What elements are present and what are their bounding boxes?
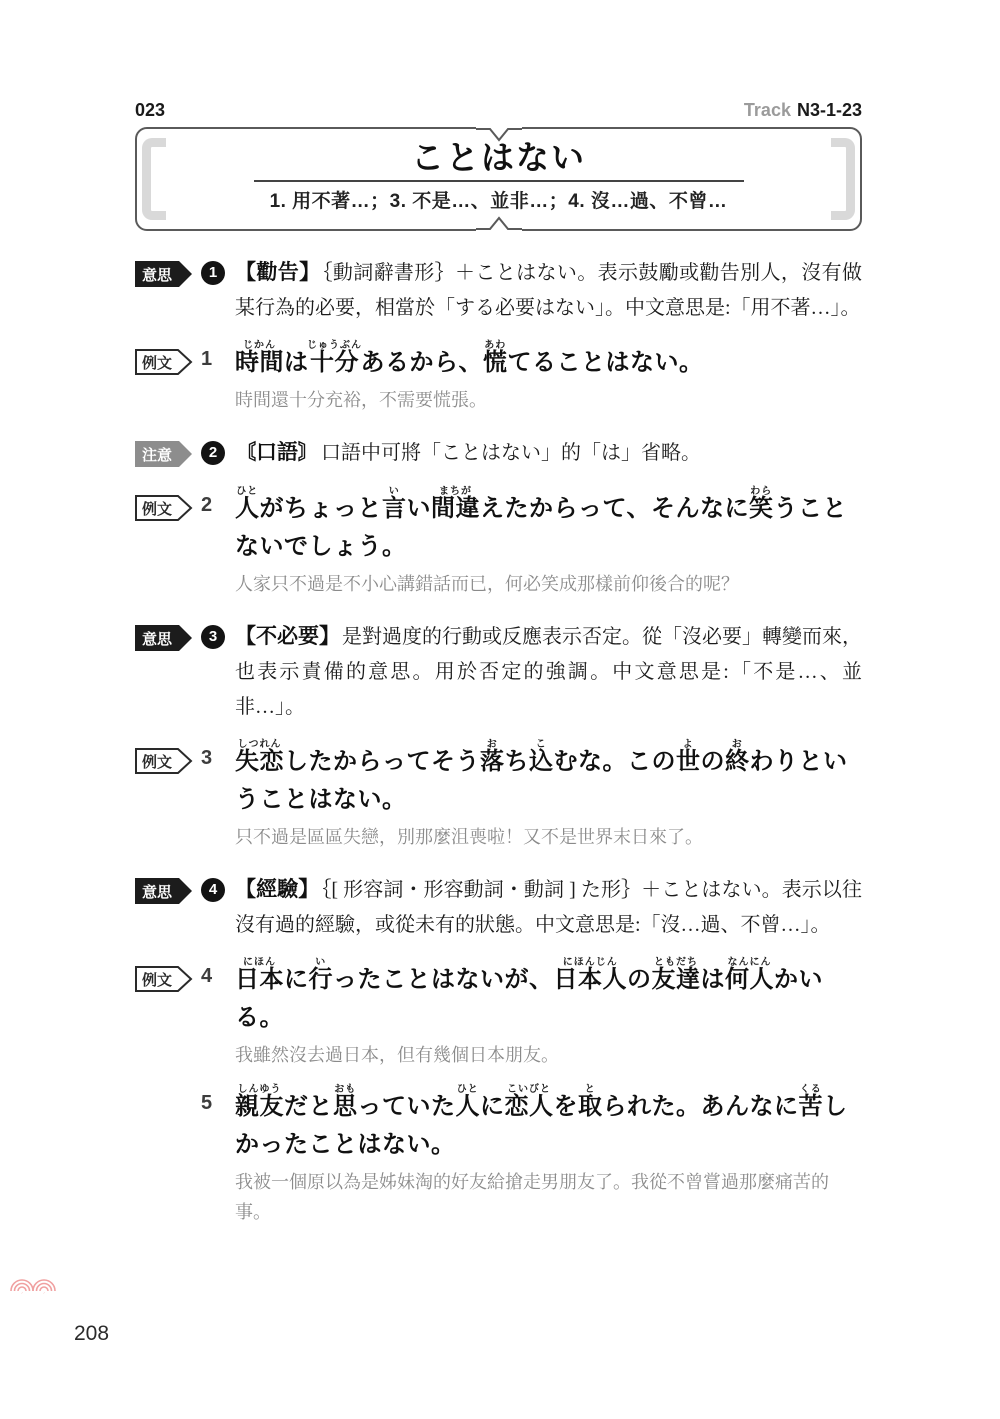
furigana: まちが xyxy=(431,486,480,497)
number-column: 2 xyxy=(201,435,235,465)
notch-down-icon xyxy=(476,127,522,142)
furigana: ひと xyxy=(235,486,260,497)
meaning-tag: 意思 xyxy=(135,878,193,904)
header-divider xyxy=(254,180,744,182)
tag-column: 意思 xyxy=(135,255,201,292)
ruby-segment: 思おも xyxy=(333,1094,358,1120)
ruby-segment: 十分じゅうぶん xyxy=(309,350,361,376)
chinese-translation: 時間還十分充裕，不需要慌張。 xyxy=(235,385,862,415)
example-tag: 例文 xyxy=(135,349,193,375)
example-tag: 例文 xyxy=(135,966,193,992)
furigana: よ xyxy=(676,739,701,750)
meaning-keyword: 【不必要】 xyxy=(235,625,340,648)
note-tag: 注意 xyxy=(135,441,193,467)
meaning-text: 〘口語〙口語中可將「ことはない」的「は」省略。 xyxy=(235,435,862,471)
textbook-page: 023 TrackN3-1-23 ことはない 1. 用不著…；3. 不是…、並非… xyxy=(0,0,1000,1419)
grammar-title: ことはない xyxy=(137,139,860,177)
track-label: Track xyxy=(744,100,791,120)
sections-container: 意思1【勸告】｛動詞辭書形｝＋ことはない。表示鼓勵或勸告別人，沒有做某行為的必要… xyxy=(135,255,862,1227)
furigana: お xyxy=(480,739,505,750)
meaning-text: 【不必要】是對過度的行動或反應表示否定。從「沒必要」轉變而來，也表示責備的意思。… xyxy=(235,619,862,725)
section-example-4: 例文4日本にほんに行いったことはないが、日本人にほんじんの友達ともだちは何人なん… xyxy=(135,949,862,1070)
tag-column: 例文 xyxy=(135,731,201,779)
ruby-segment: 行い xyxy=(309,967,334,993)
svg-text:♪: ♪ xyxy=(43,1291,45,1295)
svg-text:♪: ♪ xyxy=(21,1291,23,1295)
furigana: わら xyxy=(749,486,774,497)
chinese-translation: 人家只不過是不小心講錯話而已，何必笑成那樣前仰後合的呢？ xyxy=(235,569,862,599)
text-column: 〘口語〙口語中可將「ことはない」的「は」省略。 xyxy=(235,435,862,471)
furigana: い xyxy=(382,486,407,497)
ruby-segment: 終お xyxy=(725,749,750,775)
example-tag: 例文 xyxy=(135,748,193,774)
text-column: 時間じかんは十分じゅうぶんあるから、慌あわてることはない。時間還十分充裕，不需要… xyxy=(235,332,862,415)
page-number: 208 xyxy=(74,1322,109,1346)
example-number: 3 xyxy=(201,747,212,770)
number-column: 5 xyxy=(201,1076,235,1115)
chinese-translation: 我雖然沒去過日本，但有幾個日本朋友。 xyxy=(235,1040,862,1070)
text-column: 【經驗】｛[ 形容詞・形容動詞・動詞 ] た形｝＋ことはない。表示以往沒有過的經… xyxy=(235,872,862,943)
ruby-segment: 失恋しつれん xyxy=(235,749,284,775)
decorative-bracket-left xyxy=(142,138,166,220)
japanese-sentence: 人ひとがちょっと言いい間違まちがえたからって、そんなに笑わらうことないでしょう。 xyxy=(235,478,862,566)
number-column: 1 xyxy=(201,332,235,371)
meaning-keyword: 【勸告】 xyxy=(235,261,320,284)
furigana: なんにん xyxy=(725,957,774,968)
svg-text:注意: 注意 xyxy=(142,446,172,464)
number-column: 3 xyxy=(201,619,235,649)
ruby-segment: 間違まちが xyxy=(431,496,480,522)
furigana: にほん xyxy=(235,957,284,968)
ruby-segment: 人ひと xyxy=(235,496,260,522)
text-column: 失恋しつれんしたからってそう落おち込こむな。この世よの終おわりということはない。… xyxy=(235,731,862,852)
circled-number: 3 xyxy=(201,625,225,649)
double-rainbow-watermark-icon: ♪♪ xyxy=(9,1272,57,1294)
svg-text:例文: 例文 xyxy=(142,500,172,518)
number-column: 4 xyxy=(201,872,235,902)
japanese-sentence: 日本にほんに行いったことはないが、日本人にほんじんの友達ともだちは何人なんにんか… xyxy=(235,949,862,1037)
meaning-keyword: 〘口語〙 xyxy=(235,441,319,464)
tag-column: 意思 xyxy=(135,619,201,656)
number-column: 4 xyxy=(201,949,235,988)
section-example-1: 例文1時間じかんは十分じゅうぶんあるから、慌あわてることはない。時間還十分充裕，… xyxy=(135,332,862,415)
ruby-segment: 日本にほん xyxy=(235,967,284,993)
example-tag: 例文 xyxy=(135,495,193,521)
japanese-sentence: 親友しんゆうだと思おもっていた人ひとに恋人こいびとを取とられた。あんなに苦くるし… xyxy=(235,1076,862,1164)
ruby-segment: 時間じかん xyxy=(235,350,284,376)
ruby-segment: 込こ xyxy=(529,749,554,775)
ruby-segment: 取と xyxy=(578,1094,603,1120)
furigana: にほんじん xyxy=(554,957,628,968)
circled-number: 4 xyxy=(201,878,225,902)
ruby-segment: 言い xyxy=(382,496,407,522)
furigana: しつれん xyxy=(235,739,284,750)
track-number: N3-1-23 xyxy=(797,100,862,120)
example-number: 2 xyxy=(201,494,212,517)
section-example-3: 例文3失恋しつれんしたからってそう落おち込こむな。この世よの終おわりということは… xyxy=(135,731,862,852)
circled-number: 2 xyxy=(201,441,225,465)
japanese-sentence: 失恋しつれんしたからってそう落おち込こむな。この世よの終おわりということはない。 xyxy=(235,731,862,819)
furigana: こいびと xyxy=(505,1084,554,1095)
furigana: こ xyxy=(529,739,554,750)
furigana: あわ xyxy=(483,340,508,351)
example-number: 4 xyxy=(201,965,212,988)
furigana: と xyxy=(578,1084,603,1095)
page-top-row: 023 TrackN3-1-23 xyxy=(135,100,862,121)
chinese-translation: 我被一個原以為是姊妹淘的好友給搶走男朋友了。我從不曾嘗過那麼痛苦的事。 xyxy=(235,1167,862,1227)
ruby-segment: 人ひと xyxy=(456,1094,481,1120)
section-example-5: 5親友しんゆうだと思おもっていた人ひとに恋人こいびとを取とられた。あんなに苦くる… xyxy=(135,1076,862,1227)
grammar-header-box: ことはない 1. 用不著…；3. 不是…、並非…；4. 沒…過、不曾… xyxy=(135,127,862,231)
text-column: 【不必要】是對過度的行動或反應表示否定。從「沒必要」轉變而來，也表示責備的意思。… xyxy=(235,619,862,725)
meaning-keyword: 【經驗】 xyxy=(235,878,319,901)
furigana: ひと xyxy=(456,1084,481,1095)
grammar-subtitle: 1. 用不著…；3. 不是…、並非…；4. 沒…過、不曾… xyxy=(137,186,860,213)
ruby-segment: 親友しんゆう xyxy=(235,1094,284,1120)
ruby-segment: 何人なんにん xyxy=(725,967,774,993)
section-meaning-1: 意思1【勸告】｛動詞辭書形｝＋ことはない。表示鼓勵或勸告別人，沒有做某行為的必要… xyxy=(135,255,862,326)
ruby-segment: 苦くる xyxy=(799,1094,824,1120)
furigana: おも xyxy=(333,1084,358,1095)
svg-text:例文: 例文 xyxy=(142,971,172,989)
notch-up-icon xyxy=(476,216,522,231)
ruby-segment: 日本人にほんじん xyxy=(554,967,628,993)
ruby-segment: 恋人こいびと xyxy=(505,1094,554,1120)
furigana: ともだち xyxy=(652,957,701,968)
text-column: 親友しんゆうだと思おもっていた人ひとに恋人こいびとを取とられた。あんなに苦くるし… xyxy=(235,1076,862,1227)
ruby-segment: 笑わら xyxy=(749,496,774,522)
number-column: 2 xyxy=(201,478,235,517)
meaning-text: 【經驗】｛[ 形容詞・形容動詞・動詞 ] た形｝＋ことはない。表示以往沒有過的經… xyxy=(235,872,862,943)
meaning-tag: 意思 xyxy=(135,625,193,651)
decorative-bracket-right xyxy=(831,138,855,220)
section-meaning-3: 意思3【不必要】是對過度的行動或反應表示否定。從「沒必要」轉變而來，也表示責備的… xyxy=(135,619,862,725)
example-number: 5 xyxy=(201,1092,212,1115)
tag-column: 例文 xyxy=(135,332,201,380)
meaning-text: 【勸告】｛動詞辭書形｝＋ことはない。表示鼓勵或勸告別人，沒有做某行為的必要，相當… xyxy=(235,255,862,326)
tag-column: 注意 xyxy=(135,435,201,472)
text-column: 人ひとがちょっと言いい間違まちがえたからって、そんなに笑わらうことないでしょう。… xyxy=(235,478,862,599)
ruby-segment: 落お xyxy=(480,749,505,775)
furigana: お xyxy=(725,739,750,750)
ruby-segment: 慌あわ xyxy=(483,350,508,376)
furigana: しんゆう xyxy=(235,1084,284,1095)
svg-text:意思: 意思 xyxy=(142,266,173,284)
text-column: 日本にほんに行いったことはないが、日本人にほんじんの友達ともだちは何人なんにんか… xyxy=(235,949,862,1070)
furigana: じかん xyxy=(235,340,284,351)
furigana: い xyxy=(309,957,334,968)
tag-column: 例文 xyxy=(135,478,201,526)
text-column: 【勸告】｛動詞辭書形｝＋ことはない。表示鼓勵或勸告別人，沒有做某行為的必要，相當… xyxy=(235,255,862,326)
svg-text:例文: 例文 xyxy=(142,354,172,372)
ruby-segment: 友達ともだち xyxy=(652,967,701,993)
number-column: 1 xyxy=(201,255,235,285)
section-meaning-4: 意思4【經驗】｛[ 形容詞・形容動詞・動詞 ] た形｝＋ことはない。表示以往沒有… xyxy=(135,872,862,943)
ruby-segment: 世よ xyxy=(676,749,701,775)
svg-text:意思: 意思 xyxy=(142,630,173,648)
chinese-translation: 只不過是區區失戀，別那麼沮喪啦！又不是世界末日來了。 xyxy=(235,822,862,852)
meaning-tag: 意思 xyxy=(135,261,193,287)
number-column: 3 xyxy=(201,731,235,770)
tag-column: 意思 xyxy=(135,872,201,909)
furigana: じゅうぶん xyxy=(307,340,362,351)
page-code: 023 xyxy=(135,100,165,121)
section-example-2: 例文2人ひとがちょっと言いい間違まちがえたからって、そんなに笑わらうことないでし… xyxy=(135,478,862,599)
example-number: 1 xyxy=(201,348,212,371)
japanese-sentence: 時間じかんは十分じゅうぶんあるから、慌あわてることはない。 xyxy=(235,332,862,382)
section-note-2: 注意2〘口語〙口語中可將「ことはない」的「は」省略。 xyxy=(135,435,862,472)
furigana: くる xyxy=(799,1084,824,1095)
tag-column: 例文 xyxy=(135,949,201,997)
svg-text:例文: 例文 xyxy=(142,753,172,771)
svg-text:意思: 意思 xyxy=(142,883,173,901)
circled-number: 1 xyxy=(201,261,225,285)
track-info: TrackN3-1-23 xyxy=(744,100,862,121)
